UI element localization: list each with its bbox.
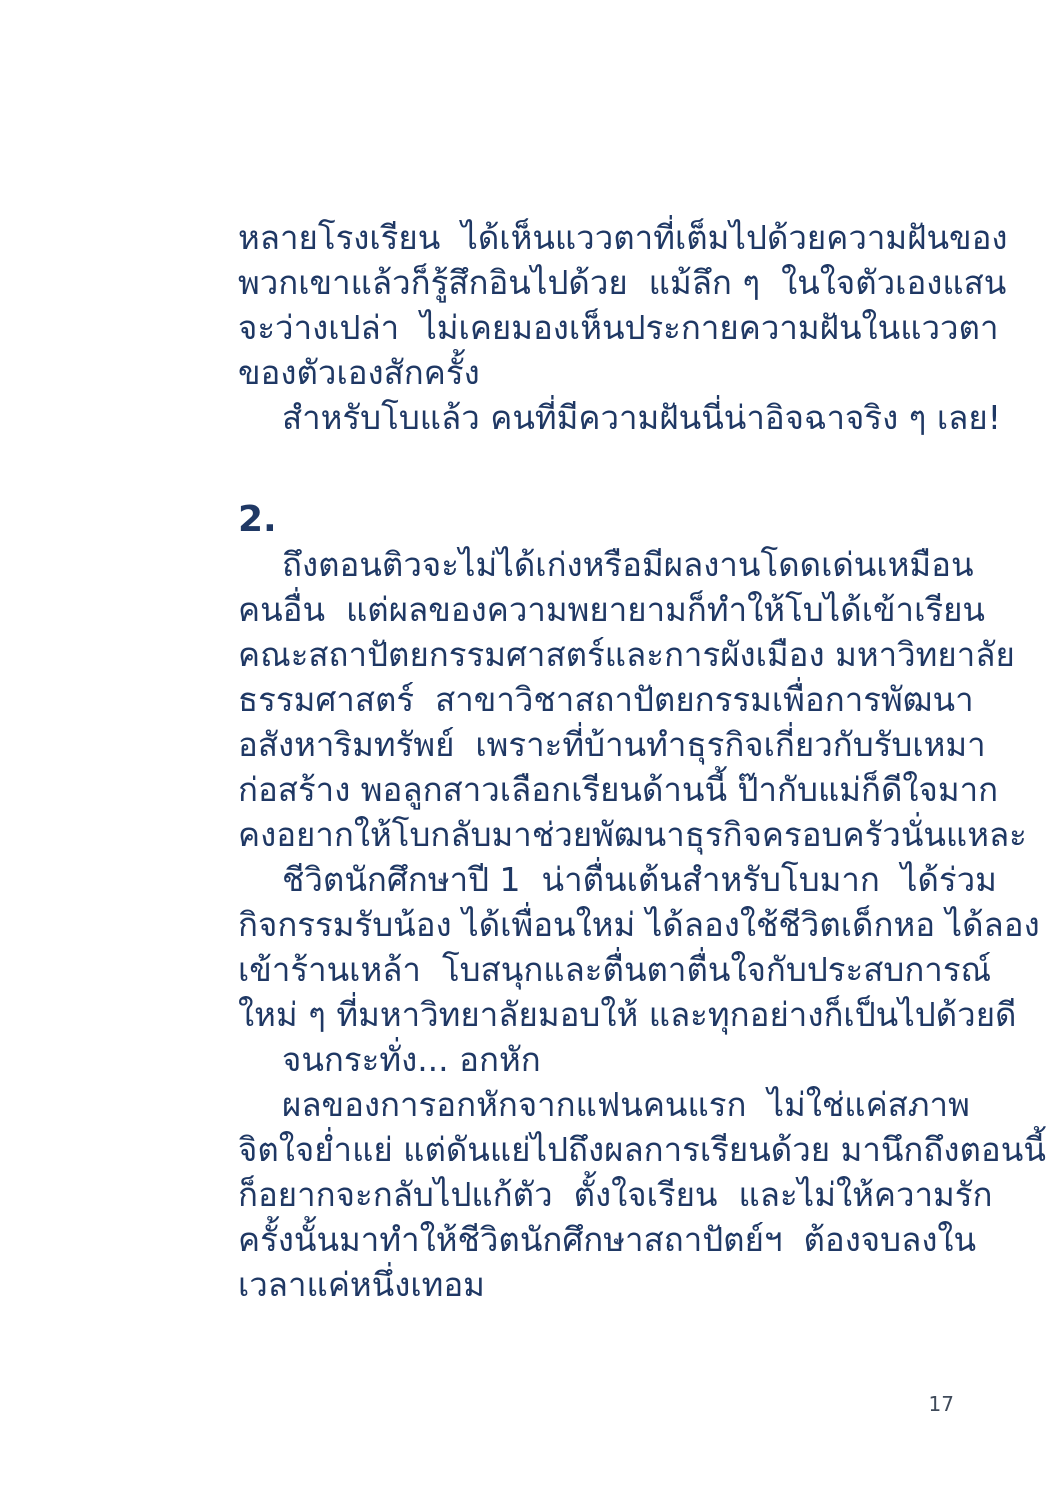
body-text: หลายโรงเรียน ได้เห็นแววตาที่เต็มไปด้วยคว… bbox=[238, 215, 1046, 1307]
page-number: 17 bbox=[929, 1390, 954, 1418]
body-line: ก็อยากจะกลับไปแก้ตัว ตั้งใจเรียน และไม่ใ… bbox=[238, 1172, 1046, 1217]
body-line: สำหรับโบแล้ว คนที่มีความฝันนี่น่าอิจฉาจร… bbox=[238, 395, 1046, 440]
body-line: ใหม่ ๆ ที่มหาวิทยาลัยมอบให้ และทุกอย่างก… bbox=[238, 992, 1046, 1037]
body-line: ของตัวเองสักครั้ง bbox=[238, 350, 1046, 395]
section-heading: 2. bbox=[238, 497, 1046, 542]
body-line: ถึงตอนติวจะไม่ได้เก่งหรือมีผลงานโดดเด่นเ… bbox=[238, 542, 1046, 587]
body-line: ชีวิตนักศึกษาปี 1 น่าตื่นเต้นสำหรับโบมาก… bbox=[238, 857, 1046, 902]
body-line: อสังหาริมทรัพย์ เพราะที่บ้านทำธุรกิจเกี่… bbox=[238, 722, 1046, 767]
body-line: คณะสถาปัตยกรรมศาสตร์และการผังเมือง มหาวิ… bbox=[238, 632, 1046, 677]
body-line: หลายโรงเรียน ได้เห็นแววตาที่เต็มไปด้วยคว… bbox=[238, 215, 1046, 260]
body-line: เวลาแค่หนึ่งเทอม bbox=[238, 1262, 1046, 1307]
body-line: ธรรมศาสตร์ สาขาวิชาสถาปัตยกรรมเพื่อการพั… bbox=[238, 677, 1046, 722]
body-line: พวกเขาแล้วก็รู้สึกอินไปด้วย แม้ลึก ๆ ในใ… bbox=[238, 260, 1046, 305]
body-line: ก่อสร้าง พอลูกสาวเลือกเรียนด้านนี้ ป๊ากั… bbox=[238, 767, 1046, 812]
body-line: จะว่างเปล่า ไม่เคยมองเห็นประกายความฝันใน… bbox=[238, 305, 1046, 350]
body-line: ผลของการอกหักจากแฟนคนแรก ไม่ใช่แค่สภาพ bbox=[238, 1082, 1046, 1127]
body-line: คงอยากให้โบกลับมาช่วยพัฒนาธุรกิจครอบครัว… bbox=[238, 812, 1046, 857]
body-line: จนกระทั่ง... อกหัก bbox=[238, 1037, 1046, 1082]
body-line: คนอื่น แต่ผลของความพยายามก็ทำให้โบได้เข้… bbox=[238, 587, 1046, 632]
body-line: กิจกรรมรับน้อง ได้เพื่อนใหม่ ได้ลองใช้ชี… bbox=[238, 902, 1046, 947]
body-line: ครั้งนั้นมาทำให้ชีวิตนักศึกษาสถาปัตย์ฯ ต… bbox=[238, 1217, 1046, 1262]
body-line: จิตใจย่ำแย่ แต่ดันแย่ไปถึงผลการเรียนด้วย… bbox=[238, 1127, 1046, 1172]
body-line: เข้าร้านเหล้า โบสนุกและตื่นตาตื่นใจกับปร… bbox=[238, 947, 1046, 992]
book-page: หลายโรงเรียน ได้เห็นแววตาที่เต็มไปด้วยคว… bbox=[0, 0, 1048, 1488]
